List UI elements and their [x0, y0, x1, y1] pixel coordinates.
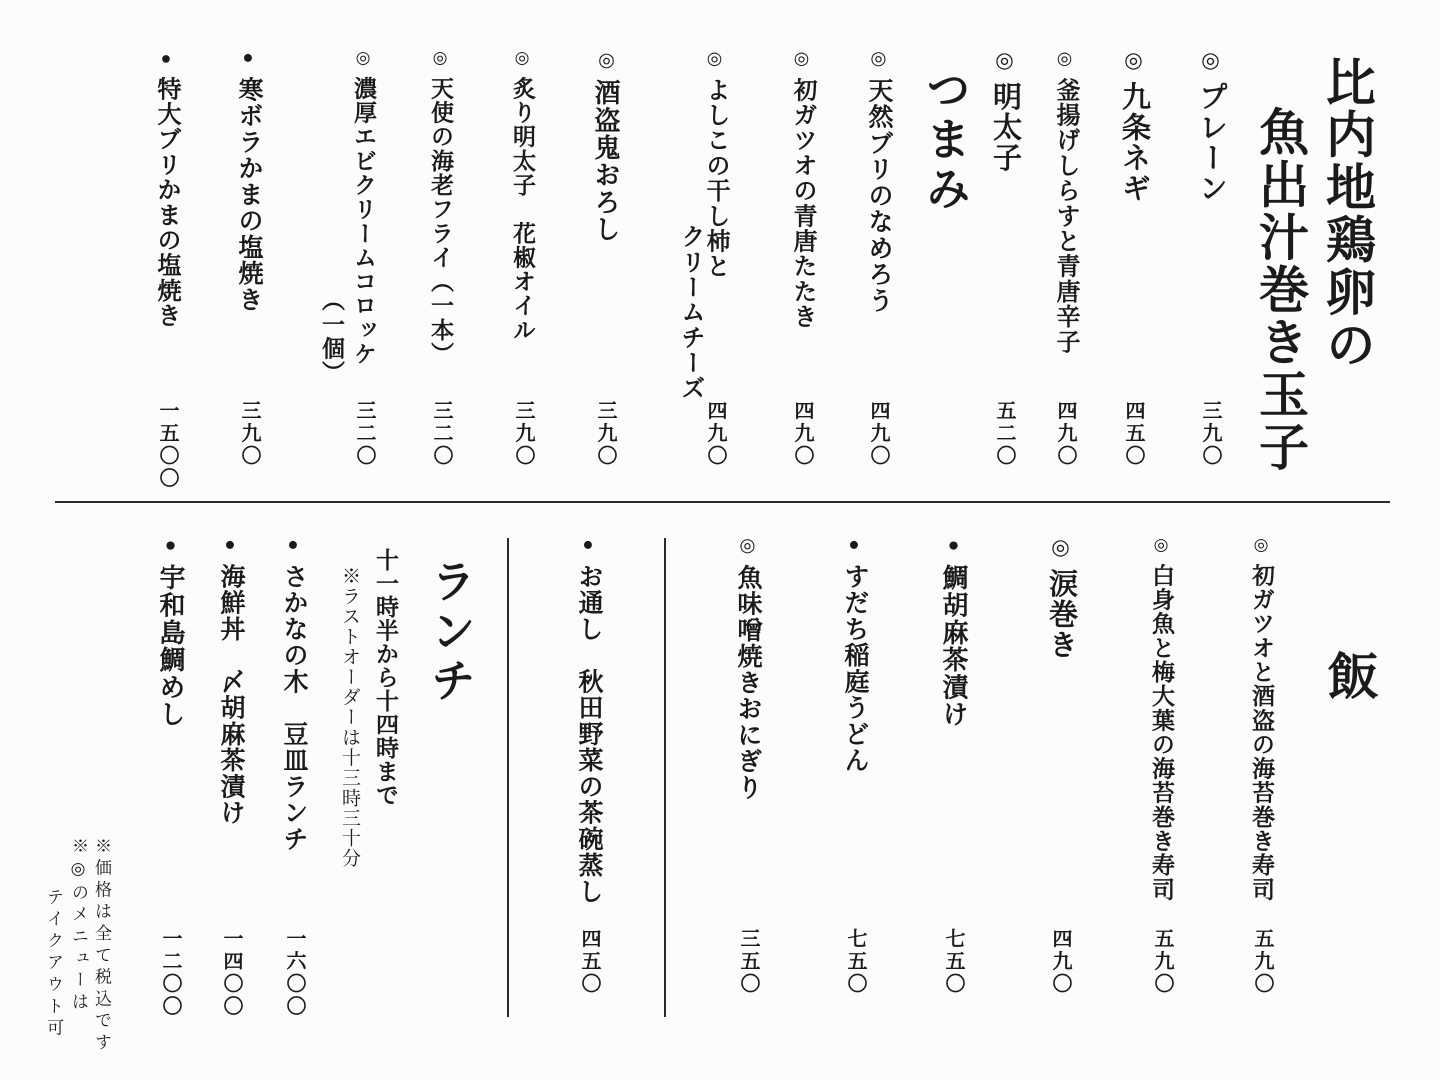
- item-price: 五二〇: [994, 400, 1014, 467]
- item-price: 四九〇: [1050, 928, 1070, 995]
- item-name: 酒盗鬼おろし: [591, 79, 620, 243]
- menu-item: ◎白身魚と梅大葉の海苔巻き寿司: [1150, 535, 1173, 901]
- item-name: 天然ブリのなめろう: [865, 77, 892, 313]
- item-name: 初ガツオの青唐たたき: [789, 77, 815, 329]
- menu-item: ◎初ガツオと酒盗の海苔巻き寿司: [1250, 535, 1273, 901]
- item-price: 三九〇: [595, 400, 615, 467]
- menu-item: ◎釜揚げしらすと青唐辛子: [1053, 48, 1077, 354]
- item-name: 寒ボラかまの塩焼き: [235, 76, 262, 312]
- bullet-marker-icon: ●: [844, 535, 864, 556]
- menu-title-line2: 魚出汁巻き玉子: [1255, 106, 1305, 474]
- takeout-marker-icon: ◎: [868, 48, 888, 70]
- item-price: 一六〇〇: [284, 928, 304, 1018]
- bullet-marker-icon: ●: [156, 48, 176, 69]
- column-divider: [664, 538, 666, 1017]
- item-price: 四九〇: [1055, 400, 1075, 467]
- menu-item: ◎よしこの干し柿と: [703, 48, 727, 279]
- menu-item: ●特大ブリかまの塩焼き: [154, 48, 178, 328]
- item-name: 九条ネギ: [1118, 81, 1150, 203]
- takeout-marker-icon: ◎: [1049, 535, 1073, 561]
- menu-item: ◎初ガツオの青唐たたき: [790, 48, 814, 329]
- menu-title-line1: 比内地鶏卵の: [1322, 56, 1372, 371]
- item-price: 七五〇: [845, 928, 865, 995]
- takeout-marker-icon: ◎: [1152, 535, 1171, 556]
- menu-item: ◎天使の海老フライ（一本）: [429, 48, 452, 366]
- menu-item-otoshi: ●お通し 秋田野菜の茶碗蒸し: [576, 535, 601, 905]
- item-price: 四九〇: [792, 400, 812, 467]
- bullet-marker-icon: ●: [283, 535, 303, 556]
- section-header-tsumami: つまみ: [921, 66, 966, 215]
- item-name: プレーン: [1195, 81, 1227, 203]
- menu-item: ◎九条ネギ: [1119, 48, 1148, 203]
- item-name-line2: （一個）: [320, 288, 343, 385]
- menu-item: ●鯛胡麻茶漬け: [940, 535, 966, 728]
- menu-item: ●すだち稲庭うどん: [842, 535, 867, 773]
- item-price: 三二〇: [431, 400, 451, 467]
- bullet-marker-icon: ●: [238, 48, 258, 69]
- item-name: 鯛胡麻茶漬け: [939, 564, 968, 728]
- tax-note: ※価格は全て税込です: [93, 837, 110, 1055]
- item-price: 三九〇: [1200, 400, 1220, 467]
- item-price: 四五〇: [1123, 400, 1143, 467]
- menu-item: ●海鮮丼 〆胡麻茶漬け: [218, 535, 243, 826]
- item-name: 釜揚げしらすと青唐辛子: [1052, 77, 1078, 354]
- lunch-last-order-note: ※ラストオーダーは十三時三十分: [340, 566, 359, 868]
- bullet-marker-icon: ●: [160, 535, 181, 557]
- menu-item: ●寒ボラかまの塩焼き: [236, 48, 261, 313]
- menu-item: ◎酒盗鬼おろし: [592, 48, 618, 243]
- bullet-marker-icon: ●: [943, 535, 964, 557]
- takeout-marker-icon: ◎: [1199, 48, 1223, 74]
- takeout-marker-icon: ◎: [595, 48, 616, 72]
- item-name: 濃厚エビクリームコロッケ: [351, 76, 376, 366]
- item-price: 四五〇: [579, 928, 599, 995]
- item-price: 三九〇: [513, 400, 533, 467]
- item-price: 一五〇〇: [157, 400, 177, 490]
- item-name: 魚味噌焼きおにぎり: [734, 564, 761, 800]
- item-name: 天使の海老フライ（一本）: [428, 76, 453, 366]
- item-price: 三二〇: [354, 400, 374, 467]
- takeout-marker-icon: ◎: [737, 535, 757, 557]
- takeout-note-line2: テイクアウト可: [45, 888, 62, 1040]
- item-price: 一二〇〇: [160, 928, 180, 1018]
- item-name: よしこの干し柿と: [702, 77, 728, 279]
- item-name: 明太子: [989, 81, 1021, 172]
- takeout-marker-icon: ◎: [1122, 48, 1146, 74]
- takeout-marker-icon: ◎: [705, 48, 725, 70]
- takeout-marker-icon: ◎: [1252, 535, 1271, 556]
- item-name: 初ガツオと酒盗の海苔巻き寿司: [1249, 563, 1274, 901]
- item-price: 七五〇: [943, 928, 963, 995]
- item-price: 四九〇: [868, 400, 888, 467]
- section-header-meshi: 飯: [1324, 650, 1374, 703]
- takeout-marker-icon: ◎: [1055, 48, 1075, 70]
- item-name: お通し 秋田野菜の茶碗蒸し: [575, 563, 602, 904]
- menu-item: ◎明太子: [990, 48, 1019, 173]
- section-header-lunch: ランチ: [426, 558, 471, 707]
- item-name: 涙巻き: [1045, 568, 1077, 659]
- item-price: 五九〇: [1152, 928, 1172, 995]
- item-price: 三五〇: [738, 928, 758, 995]
- takeout-note-line1: ※◎のメニューは: [70, 837, 87, 1014]
- takeout-marker-icon: ◎: [993, 48, 1017, 74]
- bullet-marker-icon: ●: [578, 535, 598, 556]
- item-name: 宇和島鯛めし: [156, 564, 185, 728]
- item-name: 特大ブリかまの塩焼き: [153, 76, 179, 328]
- bullet-marker-icon: ●: [220, 535, 240, 556]
- menu-item: ●さかなの木 豆皿ランチ: [281, 535, 306, 852]
- section-divider: [55, 501, 1390, 503]
- menu-page: 比内地鶏卵の 魚出汁巻き玉子 ◎プレーン 三九〇 ◎九条ネギ 四五〇 ◎釜揚げし…: [0, 0, 1440, 1080]
- takeout-marker-icon: ◎: [354, 48, 373, 69]
- item-price: 五九〇: [1252, 928, 1272, 995]
- menu-item: ◎プレーン: [1196, 48, 1225, 203]
- lunch-hours: 十一時半から十四時まで: [374, 548, 397, 806]
- item-name: すだち稲庭うどん: [841, 563, 868, 773]
- item-name: さかなの木 豆皿ランチ: [280, 563, 307, 852]
- takeout-marker-icon: ◎: [513, 48, 532, 69]
- item-name: 白身魚と梅大葉の海苔巻き寿司: [1149, 563, 1174, 901]
- item-price: 三九〇: [239, 400, 259, 467]
- item-name-line2: クリームチーズ: [678, 224, 702, 400]
- item-price: 一四〇〇: [221, 928, 241, 1018]
- takeout-marker-icon: ◎: [792, 48, 812, 70]
- menu-item: ◎天然ブリのなめろう: [866, 48, 891, 314]
- menu-item: ●宇和島鯛めし: [157, 535, 183, 728]
- item-name: 炙り明太子 花椒オイル: [510, 76, 535, 342]
- menu-item: ◎魚味噌焼きおにぎり: [735, 535, 760, 801]
- menu-item: ◎濃厚エビクリームコロッケ: [352, 48, 375, 366]
- menu-item: ◎炙り明太子 花椒オイル: [511, 48, 534, 342]
- item-name: 海鮮丼 〆胡麻茶漬け: [217, 563, 244, 826]
- takeout-marker-icon: ◎: [431, 48, 450, 69]
- item-price: 四九〇: [705, 400, 725, 467]
- menu-item: ◎涙巻き: [1046, 535, 1075, 660]
- column-divider: [507, 538, 509, 1017]
